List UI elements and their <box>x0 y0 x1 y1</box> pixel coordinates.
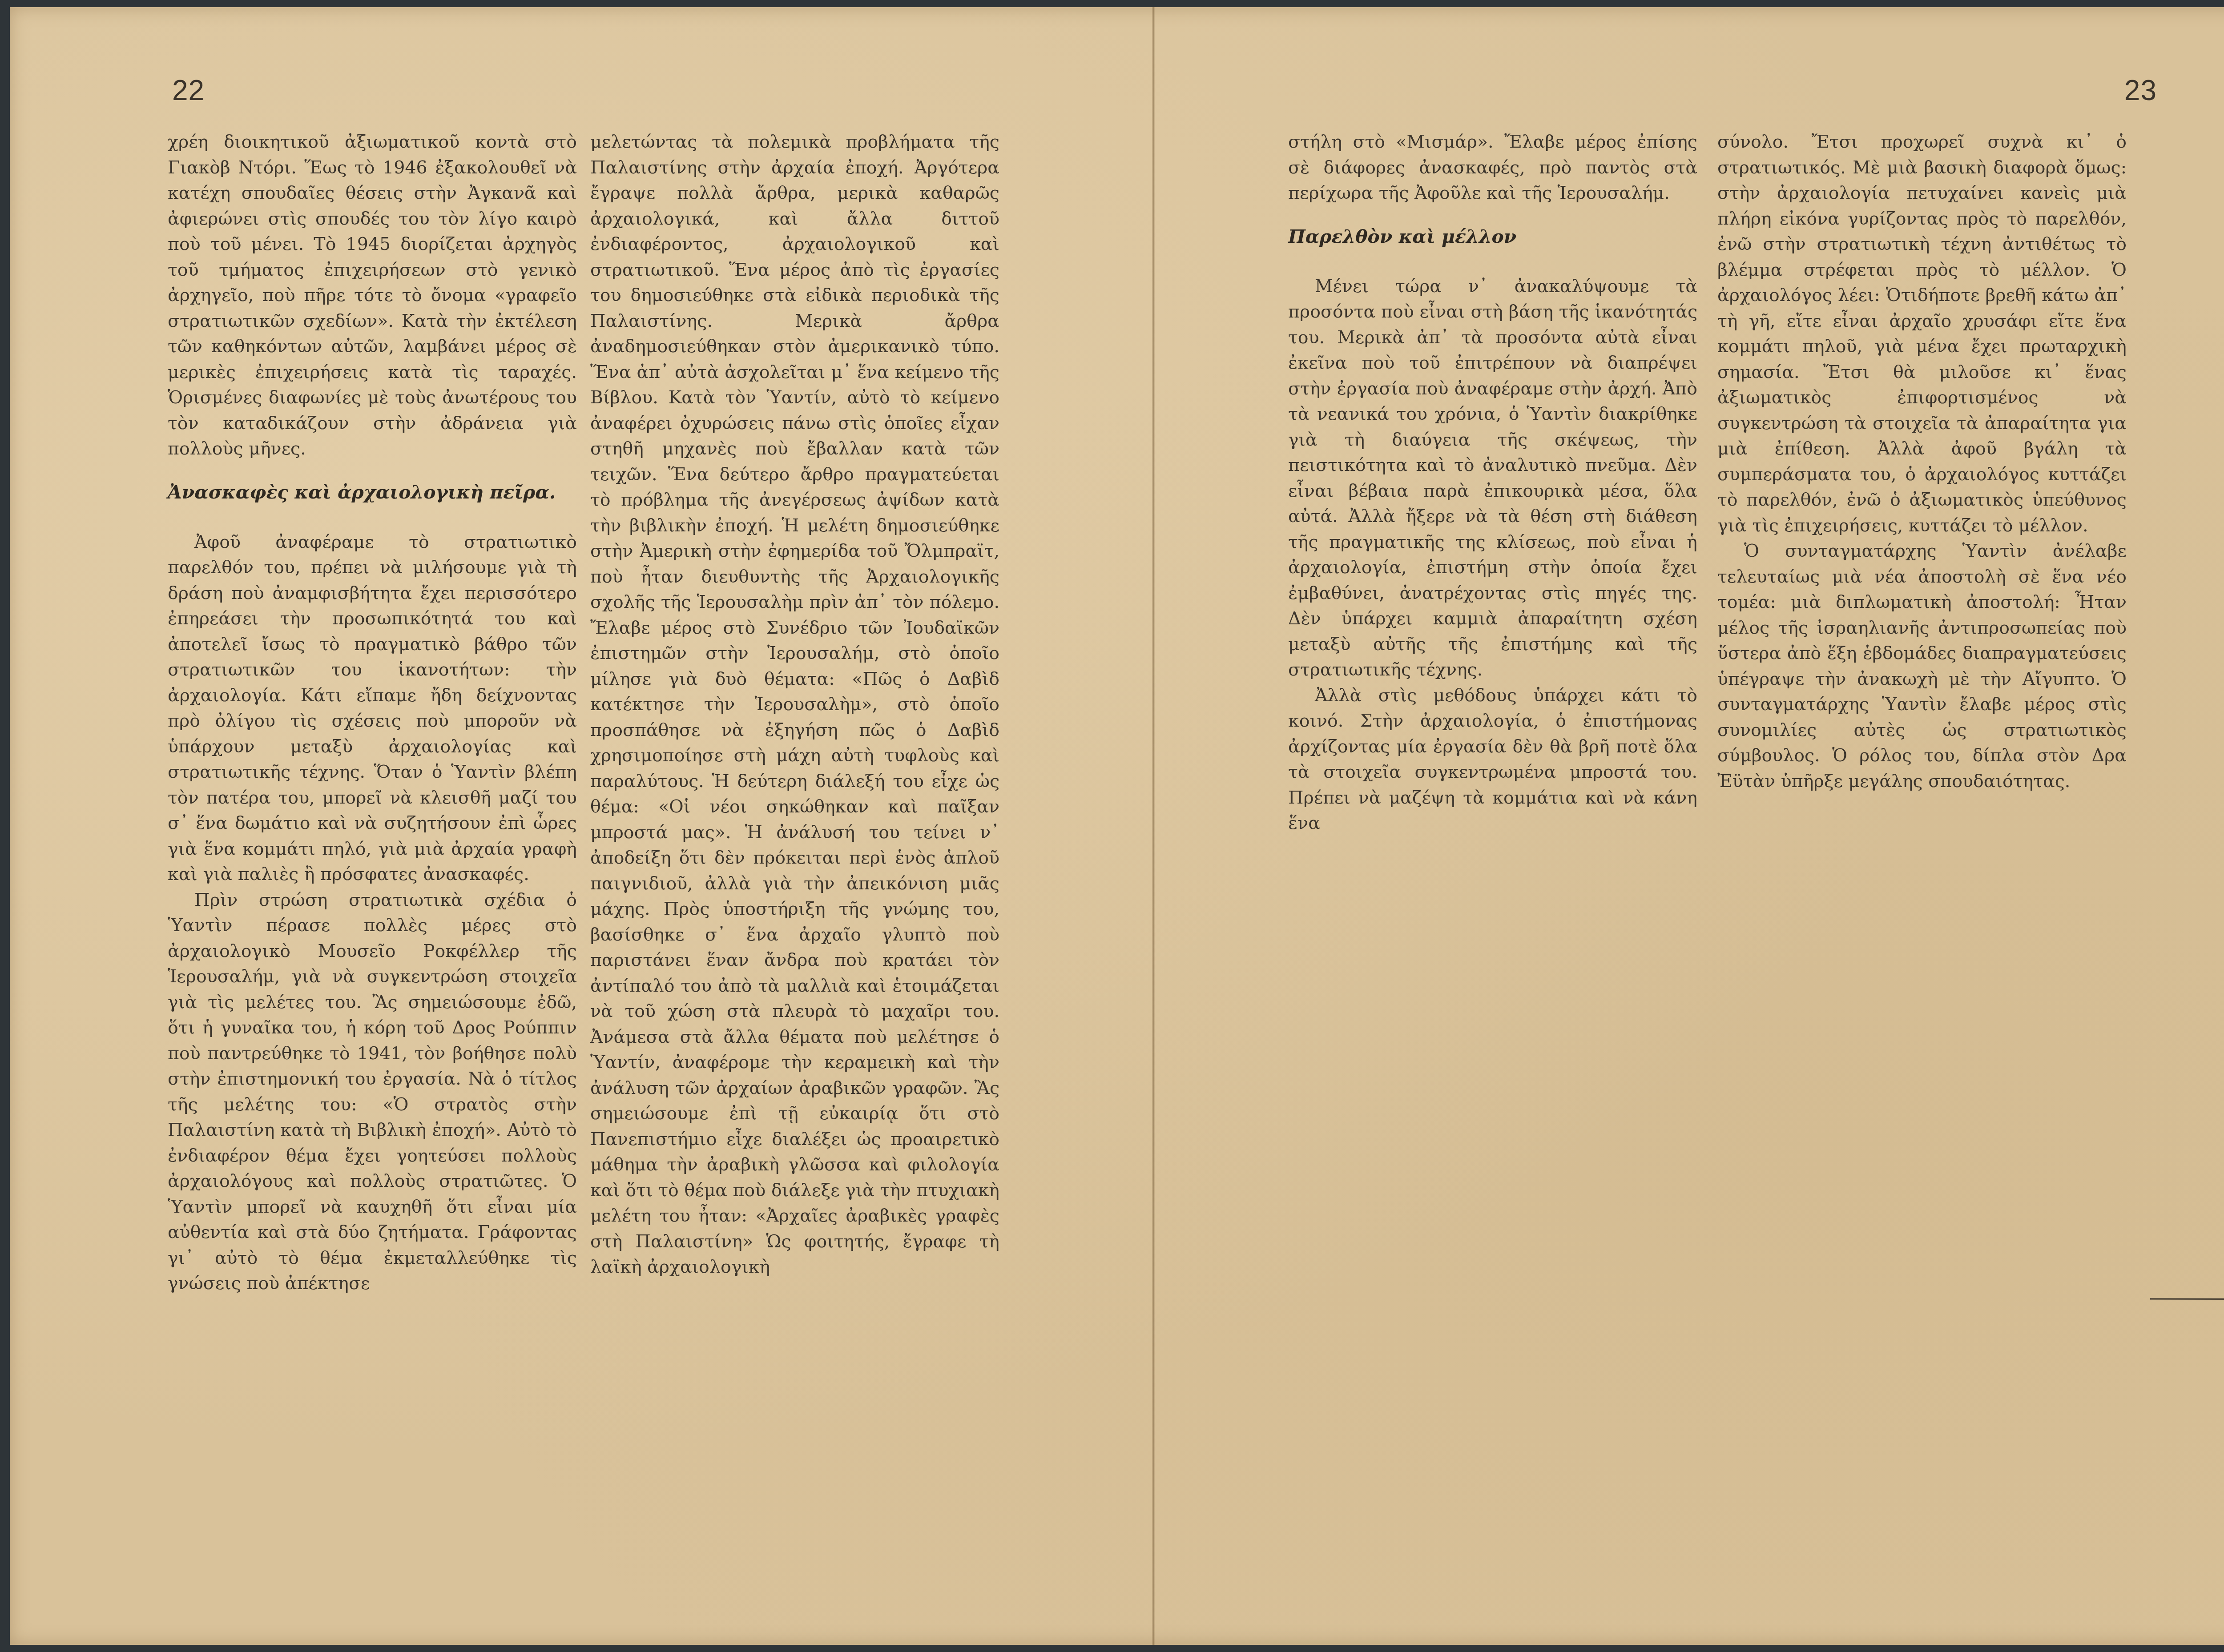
page-number: 23 <box>2124 74 2157 107</box>
section-heading: Παρελθὸν καὶ μέλλον <box>1288 224 1697 249</box>
paragraph: Ὁ συνταγματάρχης Ὑαντὶν ἀνέλαβε τελευταί… <box>1717 539 2127 794</box>
open-book-spread: 22 χρέη διοικητικοῦ ἀξιωματικοῦ κοντὰ στ… <box>10 7 2224 1645</box>
left-page: 22 χρέη διοικητικοῦ ἀξιωματικοῦ κοντὰ στ… <box>10 7 1152 1645</box>
section-heading: Ἀνασκαφὲς καὶ ἀρχαιολογικὴ πεῖρα. <box>168 480 577 505</box>
right-page-column-2: σύνολο. Ἔτσι προχωρεῖ συχνὰ κι᾽ ὁ στρατι… <box>1717 129 2127 794</box>
paragraph: χρέη διοικητικοῦ ἀξιωματικοῦ κοντὰ στὸ Γ… <box>168 129 577 462</box>
section-end-ornament-icon <box>2150 1290 2224 1308</box>
paragraph: στήλη στὸ «Μισμάρ». Ἔλαβε μέρος ἐπίσης σ… <box>1288 129 1697 206</box>
page-number: 22 <box>172 74 205 107</box>
paragraph: Ἀφοῦ ἀναφέραμε τὸ στρατιωτικὸ παρελθόν τ… <box>168 530 577 888</box>
paragraph: Ἀλλὰ στὶς μεθόδους ὑπάρχει κάτι τὸ κοινό… <box>1288 683 1697 836</box>
paragraph: Πρὶν στρώση στρατιωτικὰ σχέδια ὁ Ὑαντὶν … <box>168 888 577 1297</box>
paragraph: σύνολο. Ἔτσι προχωρεῖ συχνὰ κι᾽ ὁ στρατι… <box>1717 129 2127 539</box>
left-page-column-1: χρέη διοικητικοῦ ἀξιωματικοῦ κοντὰ στὸ Γ… <box>168 129 577 1297</box>
paragraph: Μένει τώρα ν᾽ ἀνακαλύψουμε τὰ προσόντα π… <box>1288 274 1697 683</box>
paragraph: μελετώντας τὰ πολεμικὰ προβλήματα τῆς Πα… <box>590 129 999 1280</box>
left-page-column-2: μελετώντας τὰ πολεμικὰ προβλήματα τῆς Πα… <box>590 129 999 1280</box>
right-page: 23 στήλη στὸ «Μισμάρ». Ἔλαβε μέρος ἐπίση… <box>1155 7 2224 1645</box>
right-page-column-1: στήλη στὸ «Μισμάρ». Ἔλαβε μέρος ἐπίσης σ… <box>1288 129 1697 836</box>
